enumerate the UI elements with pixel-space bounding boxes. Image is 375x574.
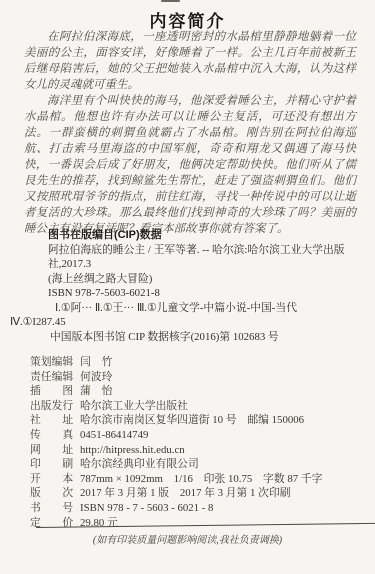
colophon-label: 出版发行 — [30, 399, 74, 414]
colophon-value: 2017 年 3 月第 1 版 2017 年 3 月第 1 次印刷 — [80, 486, 291, 501]
colophon-label: 印 刷 — [30, 457, 74, 472]
colophon-block: 策划编辑 闫 竹 责任编辑 何波玲 插 图 蒲 怡 出版发行 哈尔滨工业大学出版… — [30, 355, 369, 530]
cip-series-line: (海上丝绸之路大冒险) — [48, 272, 370, 287]
cip-registry-line: 中国版本图书馆 CIP 数据核字(2016)第 102683 号 — [50, 330, 370, 345]
colophon-label: 社 址 — [30, 413, 74, 428]
colophon-value: 0451-86414749 — [80, 428, 148, 443]
content-summary: 在阿拉伯深海底，一座透明密封的水晶棺里静静地躺着一位美丽的公主，面容安详，好像睡… — [24, 29, 356, 237]
colophon-row: 开 本 787mm × 1092mm 1/16 印张 10.75 字数 87 千… — [30, 472, 369, 487]
colophon-label: 责任编辑 — [30, 370, 74, 385]
summary-paragraph: 海洋里有个叫快快的海马，他深爱着睡公主，并精心守护着水晶棺。他想也许有办法可以让… — [24, 93, 356, 237]
cip-title-line: 阿拉伯海底的睡公主 / 王军等著. -- 哈尔滨:哈尔滨工业大学出版社,2017… — [48, 243, 370, 272]
colophon-label: 传 真 — [30, 428, 74, 443]
colophon-value: 哈尔滨工业大学出版社 — [80, 399, 188, 414]
colophon-row: 责任编辑 何波玲 — [30, 370, 369, 385]
colophon-row: 版 次 2017 年 3 月第 1 版 2017 年 3 月第 1 次印刷 — [30, 486, 369, 501]
colophon-value: ISBN 978 - 7 - 5603 - 6021 - 8 — [80, 501, 213, 516]
colophon-row: 网 址 http://hitpress.hit.edu.cn — [30, 443, 369, 458]
colophon-label: 开 本 — [30, 472, 74, 487]
colophon-value: 29.80 元 — [80, 516, 118, 531]
colophon-row: 出版发行 哈尔滨工业大学出版社 — [30, 399, 369, 414]
colophon-row: 社 址 哈尔滨市南岗区复华四道街 10 号 邮编 150006 — [30, 413, 369, 428]
book-copyright-page: 内容简介 在阿拉伯深海底，一座透明密封的水晶棺里静静地躺着一位美丽的公主，面容安… — [0, 0, 375, 574]
colophon-value: 何波玲 — [80, 370, 112, 385]
cip-classification-line: Ⅳ.①I287.45 — [10, 315, 370, 330]
colophon-label: 网 址 — [30, 443, 74, 458]
colophon-label: 书 号 — [30, 501, 74, 516]
colophon-value: 闫 竹 — [80, 355, 112, 370]
cip-data-block: 图书在版编目(CIP)数据 阿拉伯海底的睡公主 / 王军等著. -- 哈尔滨:哈… — [48, 228, 370, 344]
colophon-row: 策划编辑 闫 竹 — [30, 355, 369, 370]
colophon-row: 书 号 ISBN 978 - 7 - 5603 - 6021 - 8 — [30, 501, 369, 516]
colophon-label: 版 次 — [30, 486, 74, 501]
colophon-row: 插 图 蒲 怡 — [30, 384, 369, 399]
colophon-value: 哈尔滨市南岗区复华四道街 10 号 邮编 150006 — [80, 413, 304, 428]
colophon-row: 印 刷 哈尔滨经典印业有限公司 — [30, 457, 369, 472]
colophon-value: 787mm × 1092mm 1/16 印张 10.75 字数 87 千字 — [80, 472, 322, 487]
colophon-value: 哈尔滨经典印业有限公司 — [80, 457, 199, 472]
scan-edge-artifact — [161, 0, 180, 2]
colophon-value: 蒲 怡 — [80, 384, 112, 399]
cip-classification-line: Ⅰ.①阿··· Ⅱ.①王··· Ⅲ.①儿童文学-中篇小说-中国-当代 — [55, 301, 370, 316]
cip-heading: 图书在版编目(CIP)数据 — [48, 228, 370, 243]
cip-isbn-line: ISBN 978-7-5603-6021-8 — [48, 286, 370, 301]
colophon-value: http://hitpress.hit.edu.cn — [80, 443, 185, 458]
quality-note: (如有印装质量问题影响阅读,我社负责调换) — [0, 531, 375, 546]
summary-paragraph: 在阿拉伯深海底，一座透明密封的水晶棺里静静地躺着一位美丽的公主，面容安详，好像睡… — [24, 29, 356, 93]
colophon-label: 插 图 — [30, 384, 74, 399]
colophon-row: 传 真 0451-86414749 — [30, 428, 369, 443]
colophon-label: 策划编辑 — [30, 355, 74, 370]
